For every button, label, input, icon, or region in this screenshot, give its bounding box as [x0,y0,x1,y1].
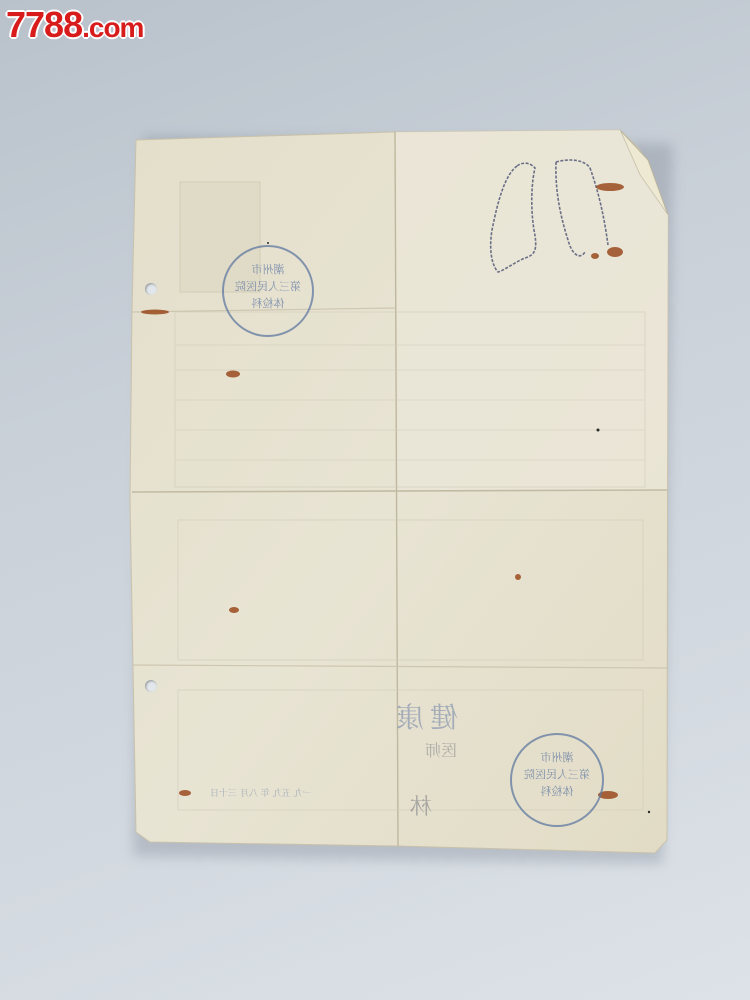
stamp-line: 第三人民医院 [224,278,312,295]
signature-bleed-2: 林 [410,790,432,821]
signature-bleed: 医师 [425,738,457,761]
punch-hole-top [145,283,157,295]
document-paper [0,0,750,1000]
stamp-line: 体检科 [224,295,312,312]
punch-hole-bottom [145,680,157,692]
footer-date-bleed: 一九 五九 年 八月 三十日 [210,786,311,799]
official-stamp-top: 潮州市 第三人民医院 体检科 [222,245,314,337]
stamp-line: 体检科 [512,783,602,800]
official-stamp-bottom: 潮州市 第三人民医院 体检科 [510,733,604,827]
stamp-line: 潮州市 [224,261,312,278]
stamp-line: 第三人民医院 [512,766,602,783]
stamp-line: 潮州市 [512,749,602,766]
health-title-bleed: 健康 [390,696,458,736]
